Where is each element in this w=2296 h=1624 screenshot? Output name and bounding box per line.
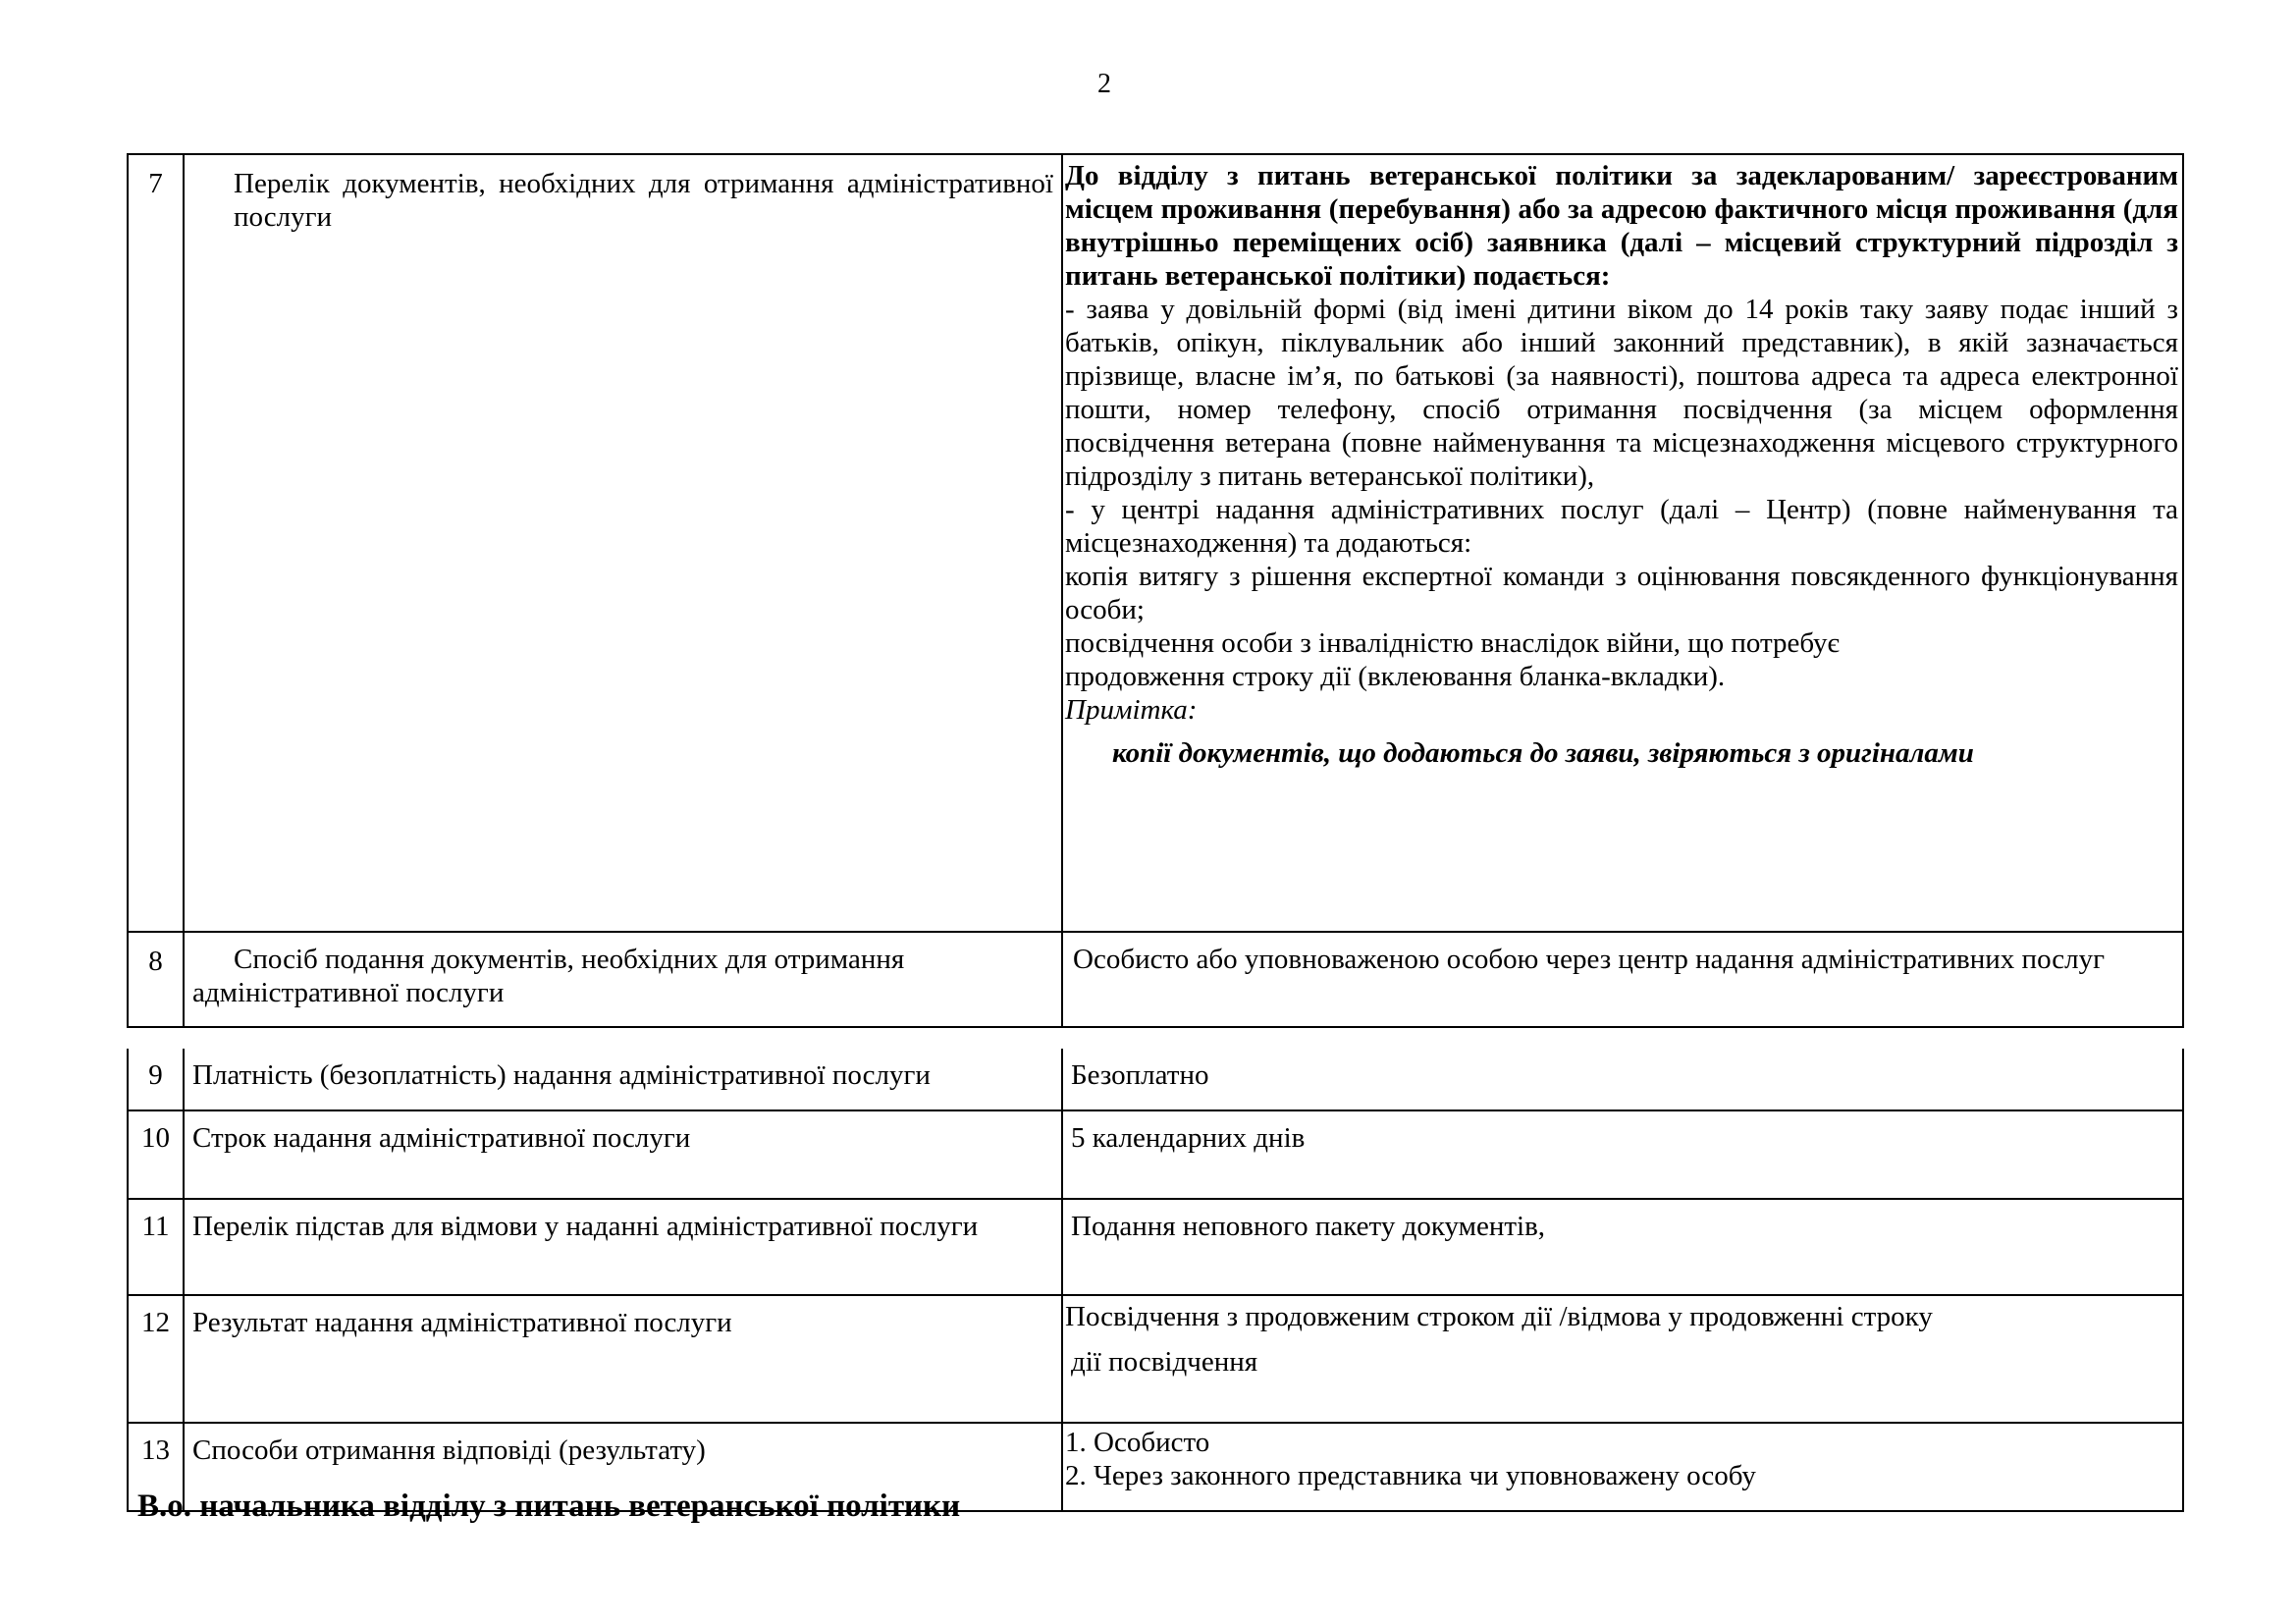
row-value: Безоплатно [1062,1049,2183,1110]
row-number: 10 [128,1110,184,1199]
table-row: 8 Спосіб подання документів, необхідних … [128,932,2183,1027]
row-value: 1. Особисто 2. Через законного представн… [1062,1423,2183,1511]
row-label: Результат надання адміністративної послу… [184,1295,1062,1423]
table-row: 11 Перелік підстав для відмови у наданні… [128,1199,2183,1295]
result-line-2: дії посвідчення [1065,1345,2178,1379]
row-value: Особисто або уповноваженою особою через … [1062,932,2183,1027]
row-value: Посвідчення з продовженим строком дії /в… [1062,1295,2183,1423]
service-info-table-part-2: 9 Платність (безоплатність) надання адмі… [127,1049,2184,1512]
row-value: 5 календарних днів [1062,1110,2183,1199]
required-documents-intro: До відділу з питань ветеранської політик… [1065,159,2178,293]
result-line-1: Посвідчення з продовженим строком дії /в… [1065,1300,2178,1333]
row-label: Строк надання адміністративної послуги [184,1110,1062,1199]
row-number: 8 [128,932,184,1027]
certificate-line-1: посвідчення особи з інвалідністю внаслід… [1065,626,2178,660]
required-document-center: - у центрі надання адміністративних посл… [1065,493,2178,560]
row-label: Перелік документів, необхідних для отрим… [184,154,1062,932]
required-document-certificate: посвідчення особи з інвалідністю внаслід… [1065,626,2178,693]
required-document-expert-decision: копія витягу з рішення експертної команд… [1065,560,2178,626]
table-row: 10 Строк надання адміністративної послуг… [128,1110,2183,1199]
row-label: Перелік підстав для відмови у наданні ад… [184,1199,1062,1295]
row-value: Подання неповного пакету документів, [1062,1199,2183,1295]
row-label-text: Перелік документів, необхідних для отрим… [234,167,1053,234]
table-row: 9 Платність (безоплатність) надання адмі… [128,1049,2183,1110]
row-number: 11 [128,1199,184,1295]
note-text: копії документів, що додаються до заяви,… [1112,736,2178,770]
row-value: До відділу з питань ветеранської політик… [1062,154,2183,932]
row-label: Платність (безоплатність) надання адміні… [184,1049,1062,1110]
table-row: 12 Результат надання адміністративної по… [128,1295,2183,1423]
delivery-method-2: 2. Через законного представника чи уповн… [1065,1459,2178,1492]
signature-title: В.о. начальника відділу з питань ветеран… [137,1489,960,1525]
page-number: 2 [0,69,2209,100]
service-info-table-part-1: 7 Перелік документів, необхідних для отр… [127,153,2184,1028]
required-document-application: - заява у довільній формі (від імені дит… [1065,293,2178,493]
certificate-line-2: продовження строку дії (вклеювання бланк… [1065,660,2178,693]
note-label: Примітка: [1065,693,2178,727]
table-row: 7 Перелік документів, необхідних для отр… [128,154,2183,932]
row-number: 9 [128,1049,184,1110]
row-number: 12 [128,1295,184,1423]
delivery-method-1: 1. Особисто [1065,1426,2178,1459]
row-number: 7 [128,154,184,932]
row-label: Спосіб подання документів, необхідних дл… [184,932,1062,1027]
